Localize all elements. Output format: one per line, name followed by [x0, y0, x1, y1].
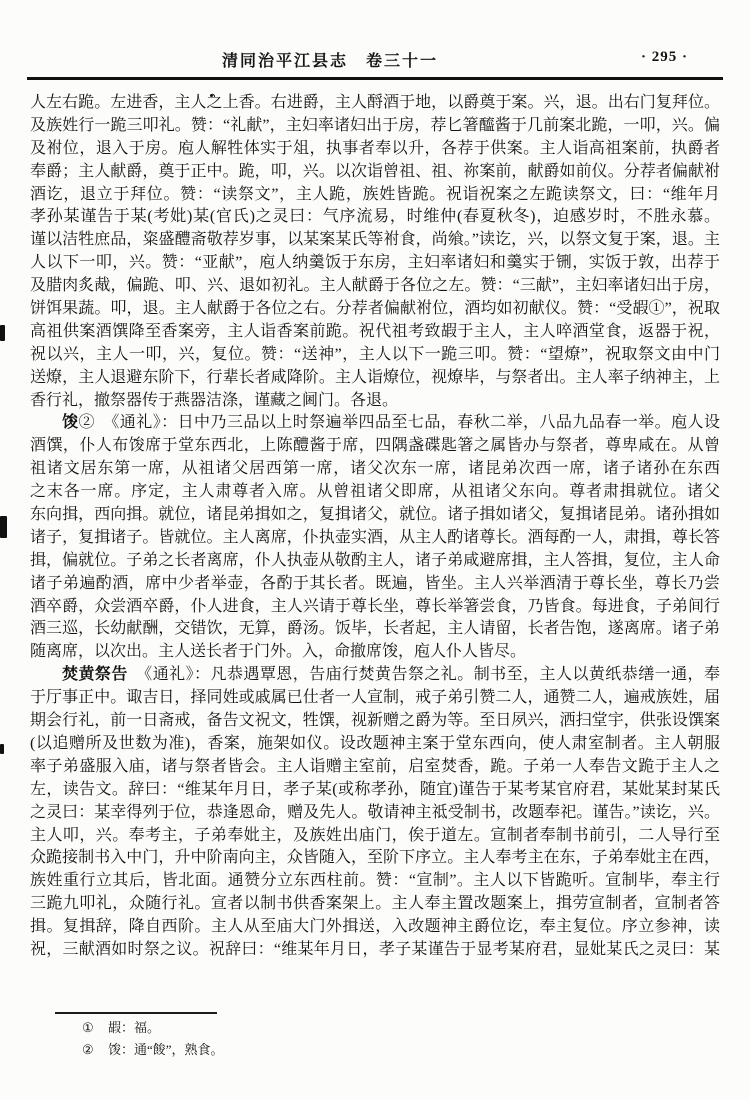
- text-line: 祖诸文居东第一席，从祖诸父居西第一席，诸父次东一席，诸昆弟次西一席，诸子诸孙在东…: [30, 458, 720, 481]
- scan-artifact: [210, 94, 213, 97]
- footnote-number: ①: [82, 1017, 108, 1039]
- text-line: 之灵曰：某幸得列于位，恭逢恩命，赠及先人。敬请神主祗受制书，改题奉祀。谨告。”读…: [30, 802, 720, 825]
- text-line: 人左右跪。左进香，主人之上香。右进爵，主人酹酒于地，以爵奠于案。兴，退。出右门复…: [30, 92, 720, 115]
- section-heading: 馂: [62, 414, 78, 431]
- text-line: 诸子弟遍酌酒，席中少者举壶，各酌于其长者。既遍，皆坐。主人兴举酒清于尊长坐，尊长…: [30, 573, 720, 596]
- footnote-text: 馂：通“餕”，熟食。: [108, 1039, 224, 1061]
- text-line: 于厅事正中。诹吉日，择同姓或戚属已仕者一人宣制，戒子弟引赞二人，通赞二人，遍戒族…: [30, 687, 720, 710]
- text-line: 揖。复揖辞，降自西阶。主人从至庙大门外揖送，入改题神主爵位讫，奉主复位。序立参神…: [30, 916, 720, 939]
- text-line: 及族姓行一跪三叩礼。赞：“礼献”，主妇率诸妇出于房，荐匕箸醯酱于几前案北跪，一叩…: [30, 115, 720, 138]
- text-line: 揖，偏就位。子弟之长者离席，仆人执壶从敬酌主人，诸子弟咸避席揖，主人答揖，复位，…: [30, 550, 720, 573]
- header-rule: [27, 77, 723, 80]
- text-line: 酒讫，退立于拜位。赞：“读祭文”，主人跪，族姓皆跪。祝诣祝案之左跪读祭文，曰：“…: [30, 184, 720, 207]
- text-line: 东向揖，西向揖。就位，诸昆弟揖如之，复揖诸父，就位。诸子揖如诸父，复揖诸昆弟。诸…: [30, 504, 720, 527]
- text-line: 孝孙某谨告于某(考妣)某(官氏)之灵曰：气序流易，时维仲(春夏秋冬)，迫感岁时，…: [30, 206, 720, 229]
- text-line: 奉爵；主人献爵，奠于正中。跪，叩，兴。以次诣曾祖、祖、祢案前，献爵如前仪。分荐者…: [30, 161, 720, 184]
- text-line: 主人叩，兴。奉考主，子弟奉妣主，及族姓出庙门，俟于道左。宣制者奉制书前引，二人导…: [30, 825, 720, 848]
- scan-artifact: [0, 516, 7, 538]
- text-line: 左，读告文。辞曰：“维某年月日，孝子某(或称孝孙，随宜)谨告于某考某官府君，某妣…: [30, 779, 720, 802]
- footnote-item: ② 馂：通“餕”，熟食。: [82, 1039, 710, 1061]
- text-line: 馂② 《通礼》：日中乃三品以上时祭遍举四品至七品，春秋二举，八品九品春一举。庖人…: [30, 412, 720, 435]
- footnote-item: ① 嘏：福。: [82, 1017, 710, 1039]
- body-text: 人左右跪。左进香，主人之上香。右进爵，主人酹酒于地，以爵奠于案。兴，退。出右门复…: [30, 92, 720, 962]
- page-number: · 295 ·: [641, 49, 688, 66]
- text-line: 高祖供案酒馔降至香案旁，主人诣香案前跪。祝代祖考致嘏于主人，主人啐酒堂食，返器于…: [30, 321, 720, 344]
- text-line: 焚黄祭告 《通礼》：凡恭遇覃恩，告庙行焚黄告祭之礼。制书至，主人以黄纸恭缮一通，…: [30, 664, 720, 687]
- text-line: 三跪九叩礼，众随行礼。宣者以制书供香案架上。主人奉主置改题案上，揖劳宣制者，宣制…: [30, 893, 720, 916]
- scan-artifact: [0, 744, 4, 754]
- text-line: 祝以兴，主人一叩，兴，复位。赞：“送神”，主人以下一跪三叩。赞：“望燎”，祝取祭…: [30, 344, 720, 367]
- page: 清同治平江县志 卷三十一 · 295 · 人左右跪。左进香，主人之上香。右进爵，…: [0, 0, 750, 1100]
- text-line: 酒馔，仆人布馂席于堂东西北，上陈醴酱于席，四隅盏碟匙箸之属皆办与祭者，尊卑咸在。…: [30, 435, 720, 458]
- text-line: 酒三巡，长幼献酬，交错饮，无算，爵汤。饭毕，长者起，主人请留，长者告饱，遂离席。…: [30, 618, 720, 641]
- page-title: 清同治平江县志 卷三十一: [0, 48, 660, 71]
- footnote-number: ②: [82, 1039, 108, 1061]
- text-line: 酒卒爵，众尝酒卒爵，仆人进食，主人兴请于尊长坐，尊长举箸尝食，乃皆食。每进食，子…: [30, 596, 720, 619]
- text-line: 及祔位，退入于房。庖人解牲体实于俎，执事者奉以升，各荐于供案。主人诣高祖案前，执…: [30, 138, 720, 161]
- footnotes: ① 嘏：福。 ② 馂：通“餕”，熟食。: [82, 1017, 710, 1060]
- text-line: 之末各一席。序定，主人肃尊者入席。从曾祖诸父即席，从祖诸父东向。尊者肃揖就位。诸…: [30, 481, 720, 504]
- text-line: 香行礼，撤祭器传于燕器洁涤，谨藏之阃门。各退。: [30, 390, 720, 413]
- text-line: 及腊肉炙胾，偏跪、叩、兴、退如初礼。主人献爵于各位之左。赞：“三献”，主妇率诸妇…: [30, 275, 720, 298]
- text-line: 族姓重行立其后，皆北面。通赞分立东西柱前。赞：“宣制”。主人以下皆跪听。宣制毕，…: [30, 870, 720, 893]
- text-line: 人以下一叩，兴。赞：“亚献”，庖人纳羹饭于东房，主妇率诸妇和羹实于铏，实饭于敦，…: [30, 252, 720, 275]
- section-heading: 焚黄祭告: [62, 666, 128, 683]
- footnote-text: 嘏：福。: [108, 1017, 160, 1039]
- text-line: 众跪接制书入中门，升中阶南向主，众皆随入，至阶下序立。主人奉考主在东，子弟奉妣主…: [30, 847, 720, 870]
- text-line: (以追赠所及世数为准)，香案，施架如仪。设改题神主案于堂东西向，使人肃室制者。主…: [30, 733, 720, 756]
- scan-artifact: [0, 325, 5, 341]
- text-line: 期会行礼，前一日斋戒，备告文祝文，牲馔，视新赠之爵为等。至日夙兴，洒扫堂宇，供张…: [30, 710, 720, 733]
- text-line: 随离席，以次出。主人送长者于门外。入，命撤席馂，庖人仆人皆尽。: [30, 641, 720, 664]
- text-line: 祝，三献酒如时祭之议。祝辞曰：“维某年月日，孝子某谨告于显考某府君，显妣某氏之灵…: [30, 939, 720, 962]
- text-line: 率子弟盛服入庙，诸与祭者皆会。主人诣赠主室前，启室焚香，跪。子弟一人奉告文跪于主…: [30, 756, 720, 779]
- footnote-separator: [55, 1012, 217, 1014]
- text-line: 送燎，主人退避东阶下，行辈长者咸降阶。主人诣燎位，视燎毕，与祭者出。主人率子纳神…: [30, 367, 720, 390]
- text-line: 谨以洁牲庶品，粢盛醴斋敬荐岁事，以某案某氏等祔食，尚飨。”读讫，兴，以祭文复于案…: [30, 229, 720, 252]
- text-line: 饼饵果蔬。叩，退。主人献爵于各位之右。分荐者偏献祔位，酒均如初献仪。赞：“受嘏①…: [30, 298, 720, 321]
- text-line: 诸子，复揖诸子。皆就位。主人离席，仆执壶实酒，从主人酌诸尊长。酒每酌一人，肃揖，…: [30, 527, 720, 550]
